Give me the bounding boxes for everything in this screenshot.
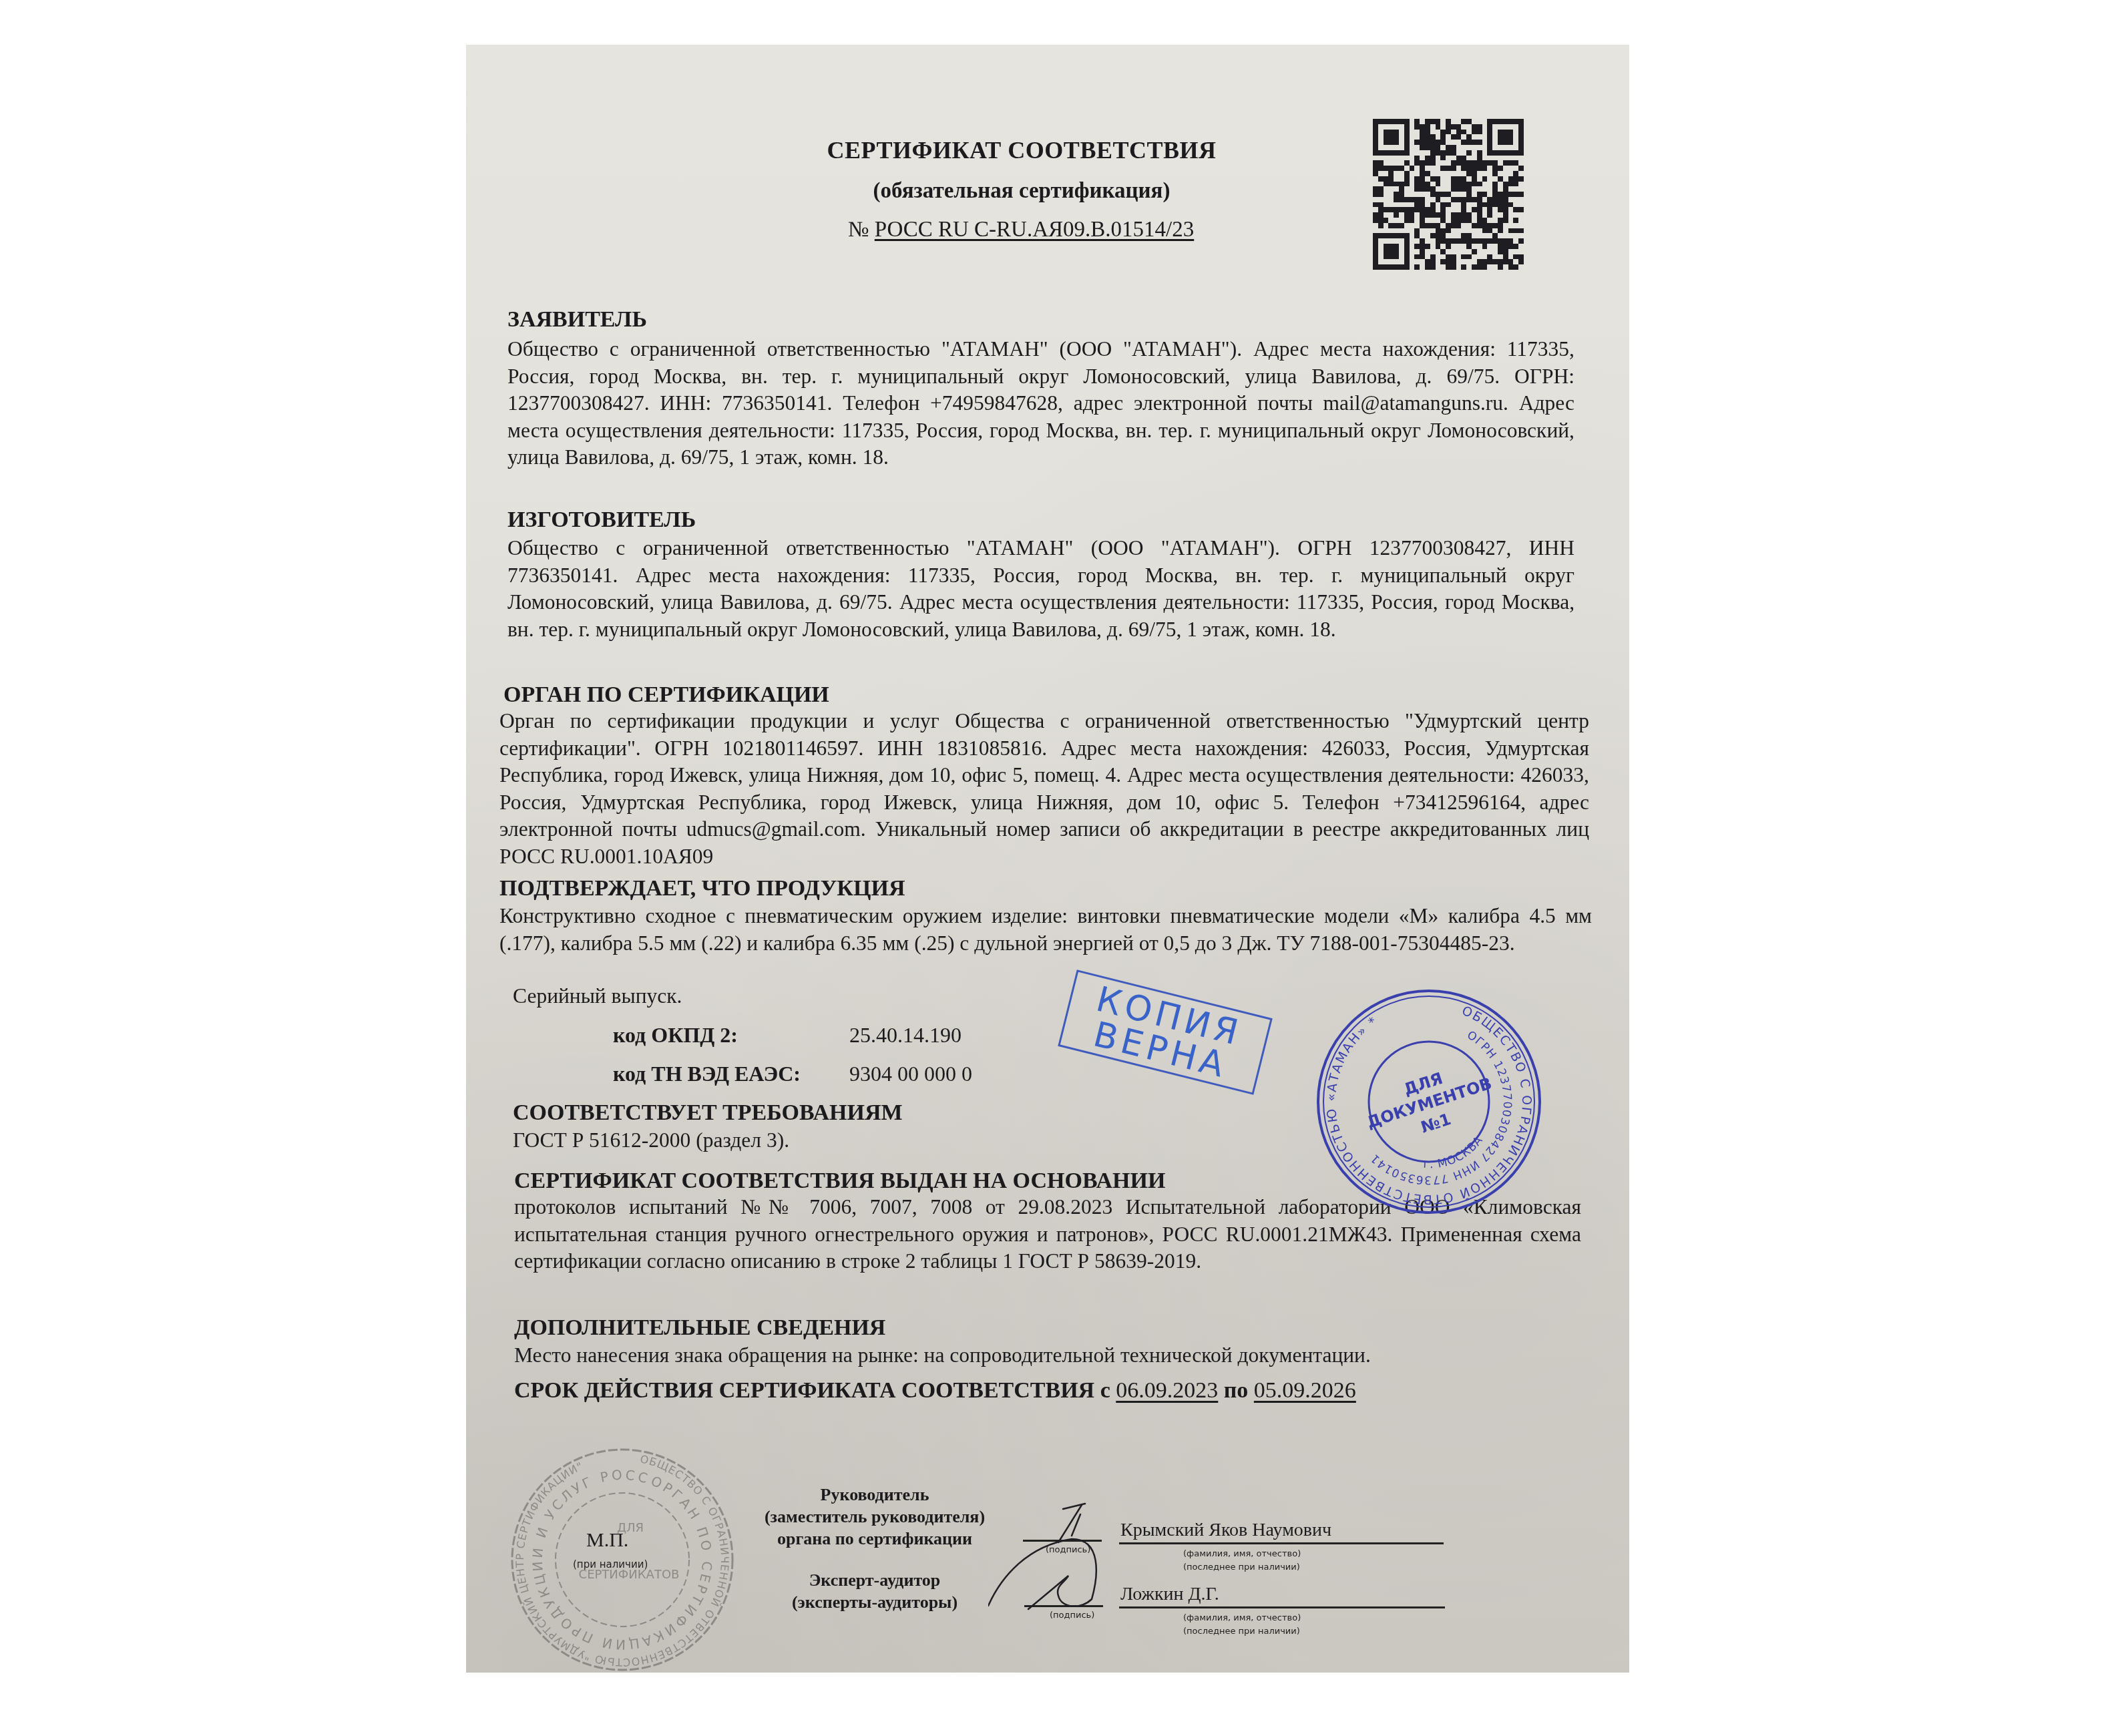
validity-to-date: 05.09.2026 — [1254, 1378, 1356, 1403]
head-role-line-3: органа по сертификации — [728, 1528, 1022, 1550]
additional-text: Место нанесения знака обращения на рынке… — [514, 1342, 1371, 1369]
requirements-heading: СООТВЕТСТВУЕТ ТРЕБОВАНИЯМ — [513, 1100, 903, 1126]
validity-from-date: 06.09.2023 — [1116, 1378, 1218, 1403]
manufacturer-text: Общество с ограниченной ответственностью… — [507, 535, 1574, 643]
certificate-number: № РОСС RU C-RU.АЯ09.В.01514/23 — [848, 218, 1194, 242]
validity-from-word: с — [1100, 1378, 1110, 1403]
number-sign: № — [848, 218, 869, 242]
manufacturer-heading: ИЗГОТОВИТЕЛЬ — [507, 507, 696, 533]
expert-fio-caption-1: (фамилия, имя, отчество) — [1183, 1613, 1301, 1623]
validity-to-word: по — [1224, 1378, 1249, 1403]
expert-fio-caption-2: (последнее при наличии) — [1183, 1626, 1300, 1637]
requirements-text: ГОСТ Р 51612-2000 (раздел 3). — [513, 1127, 789, 1154]
expert-name-line — [1119, 1606, 1445, 1608]
head-name: Крымский Яков Наумович — [1120, 1520, 1331, 1541]
company-seal: ОБЩЕСТВО С ОГРАНИЧЕННОЙ ОТВЕТСТВЕННОСТЬЮ… — [1309, 982, 1549, 1222]
applicant-text: Общество с ограниченной ответственностью… — [507, 336, 1574, 471]
applicant-heading: ЗАЯВИТЕЛЬ — [507, 307, 647, 333]
seal-place-label: М.П. — [586, 1529, 628, 1552]
head-role-line-2: (заместитель руководителя) — [728, 1506, 1022, 1528]
product-text: Конструктивно сходное с пневматическим о… — [499, 903, 1592, 957]
expert-role-line-2: (эксперты-аудиторы) — [728, 1591, 1022, 1613]
tnved-code-value: 9304 00 000 0 — [849, 1062, 972, 1086]
product-heading: ПОДТВЕРЖДАЕТ, ЧТО ПРОДУКЦИЯ — [499, 876, 905, 901]
validity-period: СРОК ДЕЙСТВИЯ СЕРТИФИКАТА СООТВЕТСТВИЯ с… — [514, 1378, 1356, 1403]
certification-body-heading: ОРГАН ПО СЕРТИФИКАЦИИ — [503, 682, 829, 708]
validity-label: СРОК ДЕЙСТВИЯ СЕРТИФИКАТА СООТВЕТСТВИЯ — [514, 1378, 1094, 1403]
additional-heading: ДОПОЛНИТЕЛЬНЫЕ СВЕДЕНИЯ — [514, 1315, 885, 1341]
document-title: СЕРТИФИКАТ СООТВЕТСТВИЯ — [768, 136, 1275, 164]
expert-role-line-1: Эксперт-аудитор — [728, 1569, 1022, 1591]
tnved-code-label: код ТН ВЭД ЕАЭС: — [613, 1062, 801, 1086]
document-subtitle: (обязательная сертификация) — [768, 179, 1275, 204]
head-fio-caption-2: (последнее при наличии) — [1183, 1562, 1300, 1572]
expert-role: Эксперт-аудитор (эксперты-аудиторы) — [728, 1569, 1022, 1613]
okpd2-code-label: код ОКПД 2: — [613, 1023, 738, 1048]
head-role-line-1: Руководитель — [728, 1484, 1022, 1506]
expert-name: Ложкин Д.Г. — [1120, 1584, 1219, 1605]
head-role: Руководитель (заместитель руководителя) … — [728, 1484, 1022, 1550]
basis-heading: СЕРТИФИКАТ СООТВЕТСТВИЯ ВЫДАН НА ОСНОВАН… — [514, 1168, 1165, 1194]
head-fio-caption-1: (фамилия, имя, отчество) — [1183, 1549, 1301, 1559]
okpd2-code-value: 25.40.14.190 — [849, 1023, 962, 1048]
serial-production: Серийный выпуск. — [513, 983, 682, 1010]
certification-body-text: Орган по сертификации продукции и услуг … — [499, 708, 1589, 870]
certificate-number-value: РОСС RU C-RU.АЯ09.В.01514/23 — [875, 218, 1194, 242]
seal-place-note: (при наличии) — [573, 1558, 648, 1570]
qr-code-icon — [1371, 119, 1526, 270]
handwritten-signature — [988, 1496, 1122, 1616]
head-name-line — [1119, 1542, 1444, 1544]
